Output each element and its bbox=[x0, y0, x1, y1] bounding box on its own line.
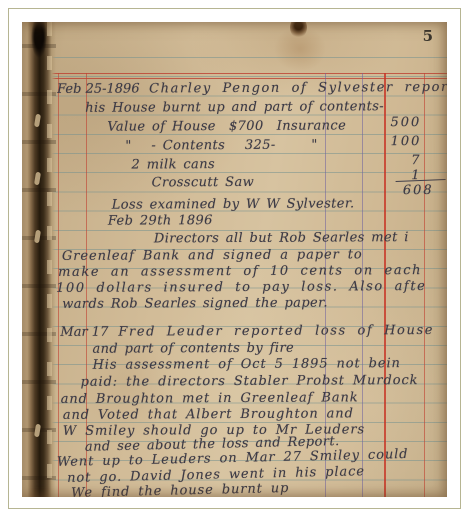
handwriting-line: make an assessment of 10 cents on each bbox=[58, 264, 422, 280]
handwriting-line: and Broughton met in Greenleaf Bank bbox=[61, 391, 359, 407]
handwriting-line: Feb 29th 1896 bbox=[108, 214, 213, 229]
handwriting-line: his House burnt up and part of contents- bbox=[85, 100, 384, 116]
amount-milk-cans: 7 bbox=[377, 154, 421, 167]
handwriting-line: and Voted that Albert Broughton and bbox=[63, 407, 354, 423]
handwriting-line: Charley Pengon of Sylvester reported bbox=[149, 81, 447, 97]
ledger-photo: 5 Feb 25-1896 Charley Pengon of Sylveste… bbox=[22, 22, 447, 497]
stitch-mark bbox=[34, 424, 41, 438]
stitch-mark bbox=[34, 172, 41, 186]
scanned-ledger-page: 5 Feb 25-1896 Charley Pengon of Sylveste… bbox=[0, 0, 470, 517]
handwriting-line: Fred Leuder reported loss of House bbox=[118, 324, 434, 340]
handwriting-line: and part of contents by fire bbox=[92, 342, 294, 357]
book-binding bbox=[22, 22, 56, 497]
handwriting-line: Loss examined by W W Sylvester. bbox=[112, 197, 355, 213]
amount-insurance-contents: 100 bbox=[377, 135, 421, 148]
amount-insurance-house: 500 bbox=[377, 116, 421, 129]
handwriting-layer: Feb 25-1896 Charley Pengon of Sylvester … bbox=[22, 22, 447, 497]
handwriting-line: His assessment of Oct 5 1895 not bein bbox=[93, 357, 401, 373]
handwriting-line: Greenleaf Bank and signed a paper to bbox=[62, 248, 363, 264]
handwriting-line: 2 milk cans bbox=[131, 158, 215, 173]
handwriting-line: Directors all but Rob Searles met i bbox=[154, 231, 409, 247]
handwriting-line: " - Contents 325- bbox=[125, 139, 275, 154]
handwriting-line: 100 dollars insured to pay loss. Also af… bbox=[56, 280, 426, 296]
handwriting-line: wards Rob Searles signed the paper. bbox=[62, 297, 328, 313]
stitch-mark bbox=[34, 114, 41, 128]
handwriting-line: Value of House $700 Insurance bbox=[107, 119, 346, 135]
entry-date: Mar 17 bbox=[60, 326, 108, 341]
handwriting-line: We find the house burnt up bbox=[71, 482, 289, 497]
amount-total: 608 bbox=[390, 184, 434, 197]
stitch-mark bbox=[34, 230, 41, 244]
handwriting-line: Crosscutt Saw bbox=[152, 176, 255, 191]
handwriting-line: paid: the directors Stabler Probst Murdo… bbox=[81, 374, 419, 390]
entry-date: Feb 25-1896 bbox=[57, 82, 140, 97]
ditto-mark: " bbox=[311, 139, 317, 153]
